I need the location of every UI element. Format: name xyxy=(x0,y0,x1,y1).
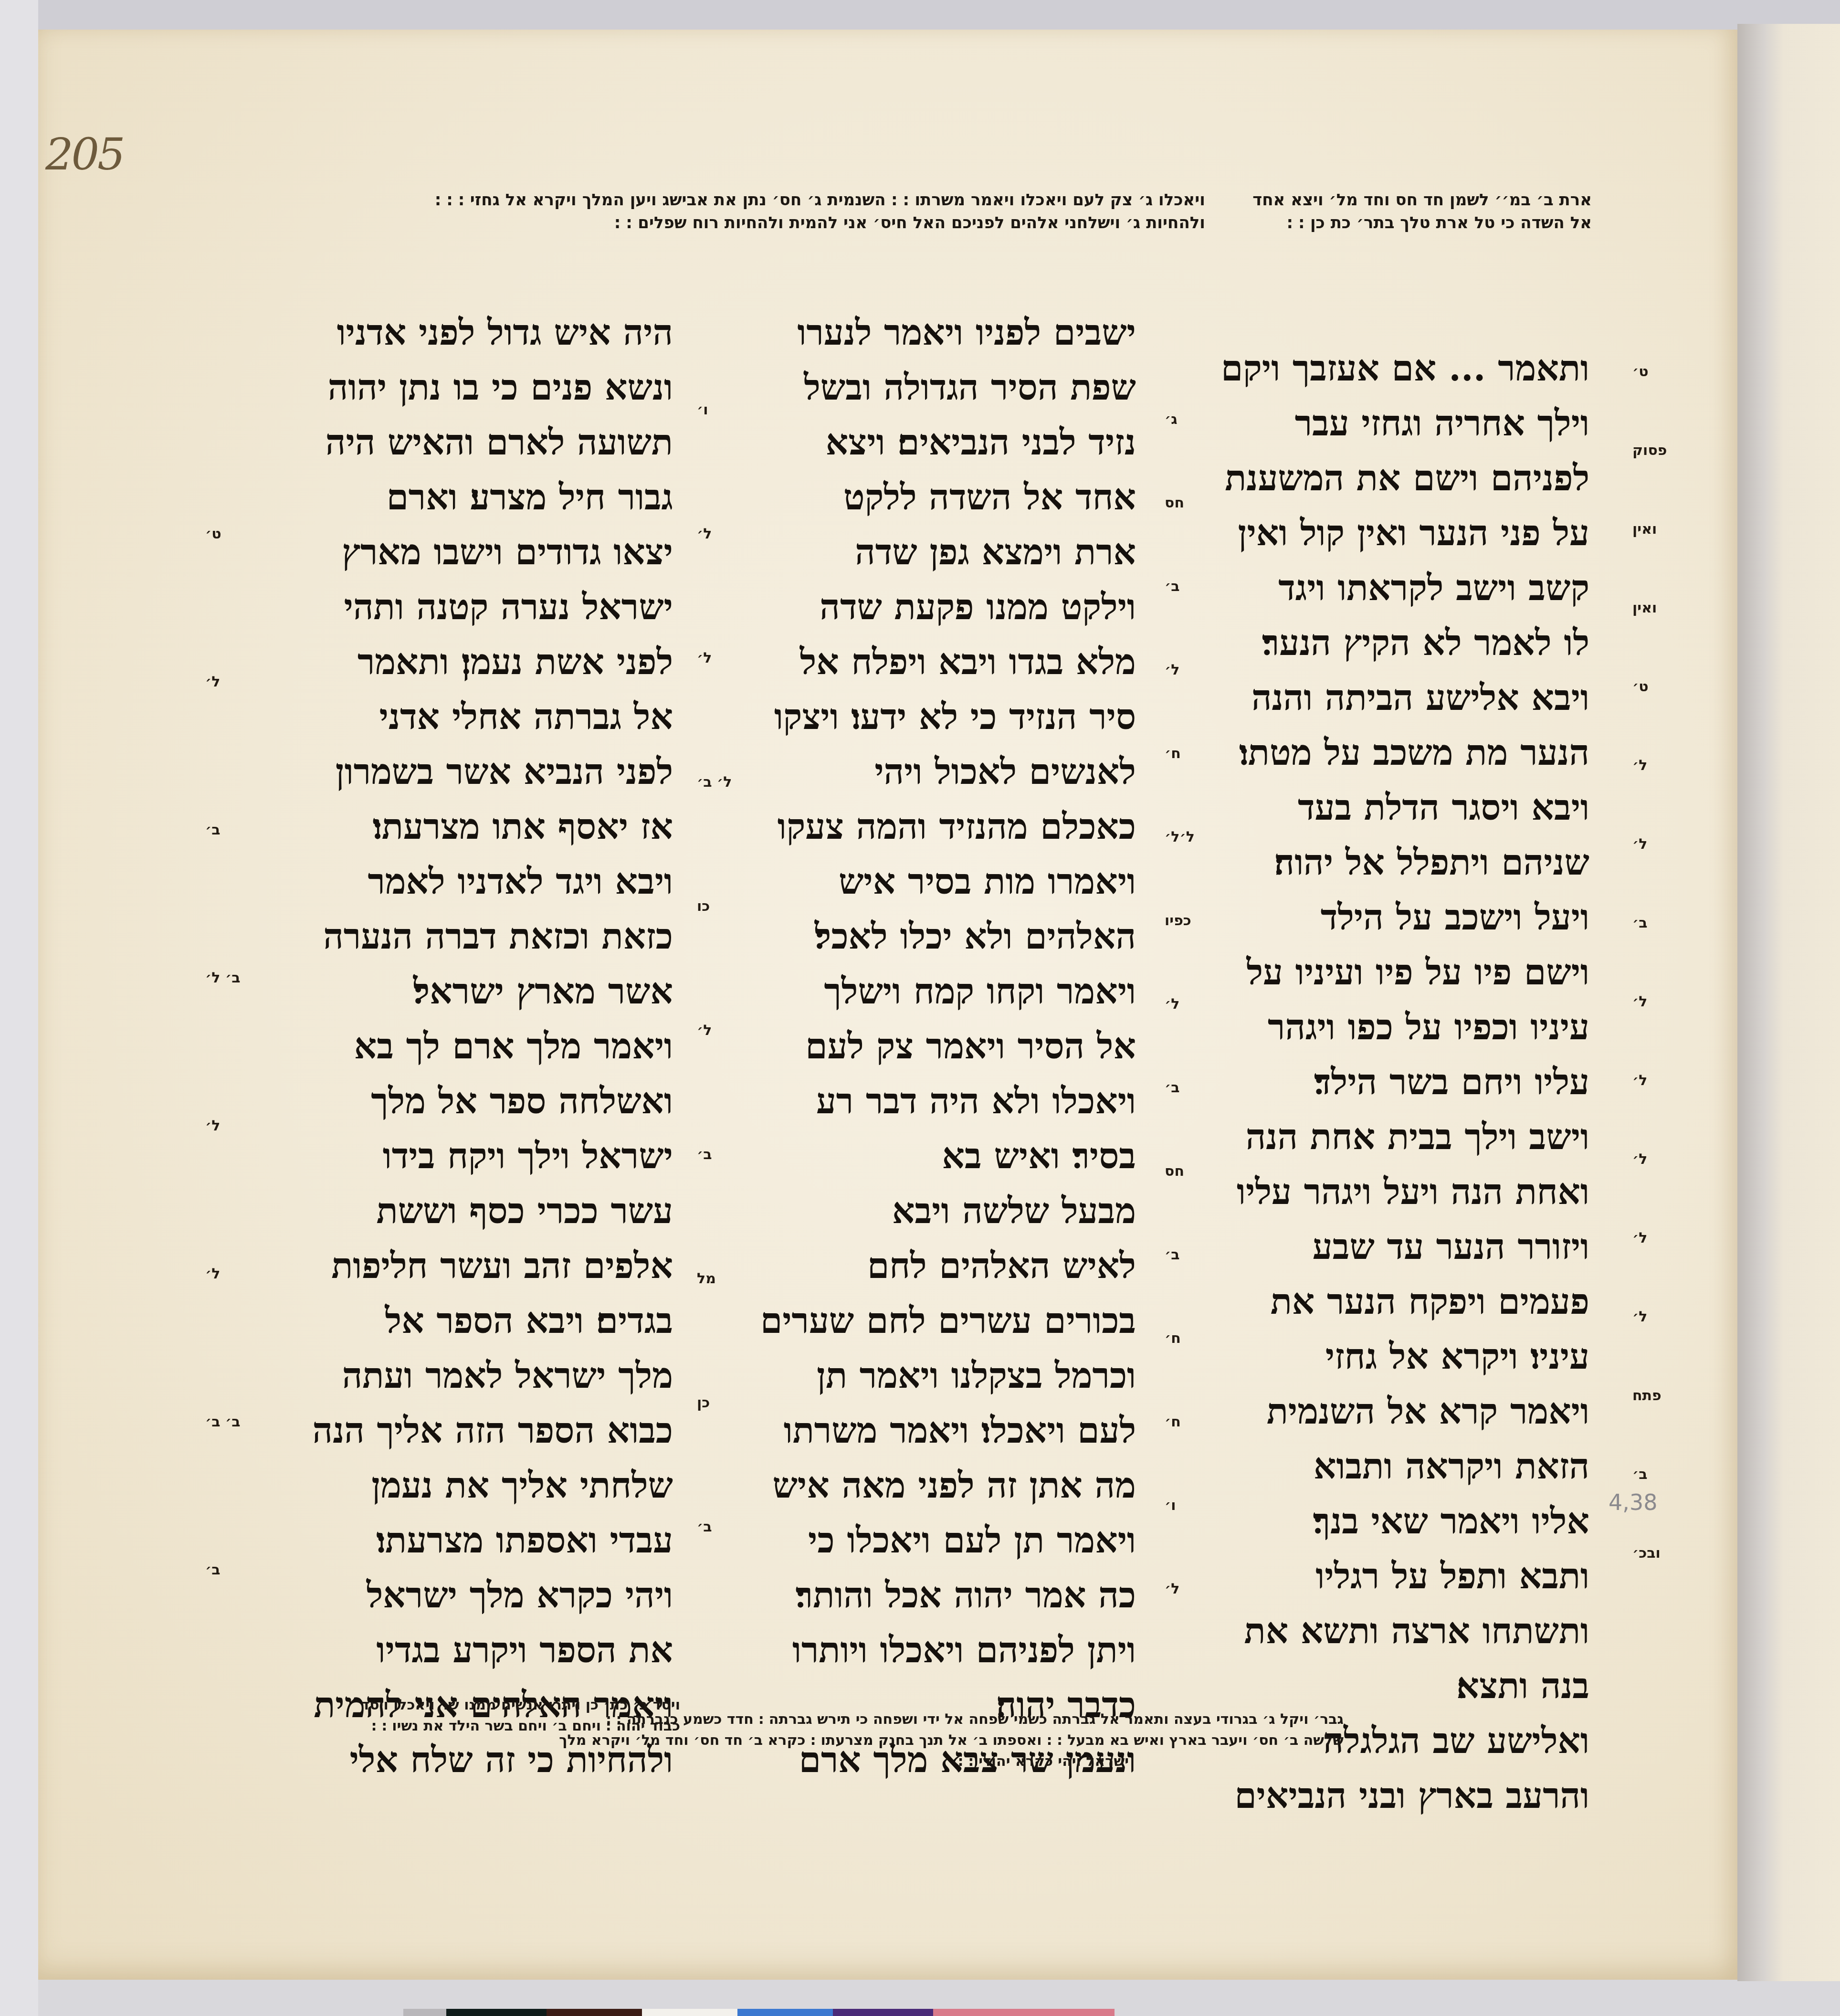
text-line: עשר ככרי כסף וששת xyxy=(291,1184,673,1239)
marginal-note: חס xyxy=(1165,494,1184,512)
pencil-reference-note: 4,38 xyxy=(1609,1489,1657,1515)
marginal-note: ב׳ xyxy=(1632,914,1648,932)
text-line: ישראל נערה קטנה ותהי xyxy=(291,580,673,635)
marginal-note: ל׳ xyxy=(205,1265,220,1283)
text-line: בגדים׃ ויבא הספר אל xyxy=(291,1294,673,1349)
marginal-note: ובכ׳ xyxy=(1632,1544,1661,1562)
marginal-note: ב׳ xyxy=(697,1146,712,1164)
masorah-top-left: ויאכלו ג׳ צק לעם ויאכלו ויאמר משרתו ׃ ׃ … xyxy=(435,189,1205,234)
marginal-note: ב׳ ב׳ xyxy=(205,1413,241,1431)
text-line: שלחתי אליך את נעמן xyxy=(291,1458,673,1513)
text-line: כה אמר יהוה אכל והותר׃ xyxy=(754,1568,1136,1623)
marginal-note: ל׳ xyxy=(697,525,712,543)
text-line: אל גברתה אחלי אדני xyxy=(291,690,673,745)
text-line: ותשתחו ארצה ותשא את xyxy=(1208,1604,1589,1659)
marginal-note: ב׳ xyxy=(1165,578,1180,596)
marginal-note: ל׳ xyxy=(1165,661,1179,679)
text-line: פעמים ויפקח הנער את xyxy=(1208,1275,1589,1330)
marginal-note: ו׳ xyxy=(697,401,708,419)
color-patch xyxy=(547,2009,642,2016)
text-line: אלפים זהב ועשר חליפות xyxy=(291,1239,673,1294)
text-line: האלהים ולא יכלו לאכל׃ xyxy=(754,909,1136,964)
text-line: ויאכלו ולא היה דבר רע xyxy=(754,1074,1136,1129)
color-patch xyxy=(833,2009,933,2016)
marginal-note: ל׳ ב׳ xyxy=(697,773,732,792)
text-line: מלך ישראל לאמר ועתה xyxy=(291,1349,673,1404)
masorah-line: גבר׳ ויקל ג׳ בגרודי בעצה ותאמר אל גברתה … xyxy=(559,1709,1344,1730)
text-column-right: ותאמר ... אם אעזבך ויקםוילך אחריה וגחזי … xyxy=(1208,341,1589,1824)
marginal-note: מל xyxy=(697,1270,716,1288)
photo-backdrop-left xyxy=(0,0,38,2016)
marginal-note: ג׳ xyxy=(1165,411,1178,429)
marginal-note: ב׳ xyxy=(1165,1246,1180,1264)
text-line: עבדי ואספתו מצרעתו׃ xyxy=(291,1513,673,1568)
text-line: על פני הנער ואין קול ואין xyxy=(1208,506,1589,561)
color-patch xyxy=(642,2009,737,2016)
text-line: מה אתן זה לפני מאה איש xyxy=(754,1458,1136,1513)
text-line: עליו ויחם בשר הילד׃ xyxy=(1208,1055,1589,1110)
marginal-note: כפיו xyxy=(1165,912,1191,930)
text-line: לאנשים לאכול ויהי xyxy=(754,745,1136,800)
text-line: בסיר׃ ואיש בא xyxy=(754,1129,1136,1184)
marginal-note: ל׳ xyxy=(697,649,712,667)
masorah-top-right: ארת ב׳ במ׳׳ לשמן חד חס וחד מל׳ ויצא אחד … xyxy=(1252,189,1592,234)
marginal-note: ל׳ל׳ xyxy=(1165,828,1195,846)
marginal-note: ט׳ xyxy=(1632,678,1649,696)
text-line: ויבא ויסגר הדלת בעד xyxy=(1208,781,1589,835)
text-line: הנער מת משכב על מטתו׃ xyxy=(1208,726,1589,781)
marginal-note: ח׳ xyxy=(1165,1330,1181,1348)
text-column-middle: ישבים לפניו ויאמר לנערושפת הסיר הגדולה ו… xyxy=(754,306,1136,1788)
marginal-note: ל׳ xyxy=(1632,1308,1647,1326)
text-line: בנה ותצא׃ xyxy=(1208,1659,1589,1714)
marginal-note: ל׳ xyxy=(1632,1150,1647,1169)
adjacent-page-edge xyxy=(1737,24,1840,1981)
text-line: בכורים עשרים לחם שערים xyxy=(754,1294,1136,1349)
marginal-note: ל׳ xyxy=(205,673,220,691)
marginal-note: ואין xyxy=(1632,520,1657,538)
marginal-note: כן xyxy=(697,1394,710,1412)
marginal-note: ח׳ xyxy=(1165,745,1181,763)
color-patch xyxy=(933,2009,1115,2016)
photo-backdrop-top xyxy=(0,0,1840,33)
marginal-note: ב׳ xyxy=(1632,1466,1648,1484)
marginal-note: ב׳ xyxy=(205,1561,221,1579)
text-line: נזיד לבני הנביאים׃ ויצא xyxy=(754,415,1136,470)
text-line: עיניו׃ ויקרא אל גחזי xyxy=(1208,1330,1589,1384)
marginal-note: ל׳ xyxy=(1632,835,1647,854)
text-line: לפני הנביא אשר בשמרון xyxy=(291,745,673,800)
text-line: ויעל וישכב על הילד xyxy=(1208,890,1589,945)
marginal-note: ב׳ ל׳ xyxy=(205,969,241,987)
masorah-line: אל השדה כי טל ארת טלך בתר׳ כת כן ׃ ׃ xyxy=(1252,211,1592,234)
text-line: שפת הסיר הגדולה ובשל xyxy=(754,360,1136,415)
color-calibration-chart xyxy=(403,2009,1115,2016)
text-line: ויאמר מלך ארם לך בא xyxy=(291,1019,673,1074)
text-line: מלא בגדו ויבא ויפלח אל xyxy=(754,635,1136,690)
marginal-note: ט׳ xyxy=(1632,363,1649,381)
text-line: תשועה לארם והאיש היה xyxy=(291,415,673,470)
text-line: ותבא ותפל על רגליו xyxy=(1208,1549,1589,1604)
text-line: יצאו גדודים וישבו מארץ xyxy=(291,525,673,580)
text-line: גבור חיל מצרע׃ וארם xyxy=(291,470,673,525)
text-line: ארת וימצא גפן שדה xyxy=(754,525,1136,580)
marginal-note: ט׳ xyxy=(205,525,221,543)
text-line: עיניו וכפיו על כפו ויגהר xyxy=(1208,1000,1589,1055)
text-line: אליו ויאמר שאי בנך׃ xyxy=(1208,1494,1589,1549)
text-line: אל הסיר ויאמר צק לעם xyxy=(754,1019,1136,1074)
text-column-left: היה איש גדול לפני אדניוונשא פנים כי בו נ… xyxy=(291,306,673,1788)
folio-number: 205 xyxy=(45,129,124,180)
text-line: ויזורר הנער עד שבע xyxy=(1208,1220,1589,1275)
text-line: לו לאמר לא הקיץ הנער׃ xyxy=(1208,616,1589,671)
marginal-note: ל׳ xyxy=(205,1117,220,1135)
text-line: וישב וילך בבית אחת הנה xyxy=(1208,1110,1589,1165)
text-line: ויהי כקרא מלך ישראל xyxy=(291,1568,673,1623)
marginal-note: ו׳ xyxy=(1165,1497,1176,1515)
masorah-line: ישראל ויהי כקרא יהודי ׃ ׃ xyxy=(559,1751,1344,1772)
text-line: ישבים לפניו ויאמר לנערו xyxy=(754,306,1136,360)
text-line: וישם פיו על פיו ועיניו על xyxy=(1208,945,1589,1000)
text-line: ויבא אלישע הביתה והנה xyxy=(1208,671,1589,726)
masorah-line: ויאכלו ג׳ צק לעם ויאכלו ויאמר משרתו ׃ ׃ … xyxy=(435,189,1205,211)
marginal-note: כו xyxy=(697,897,710,916)
text-line: ויתן לפניהם ויאכלו ויותרו xyxy=(754,1623,1136,1678)
marginal-note: ל׳ xyxy=(1632,757,1647,775)
text-line: ותאמר ... אם אעזבך ויקם xyxy=(1208,341,1589,396)
text-line: וילקט ממנו פקעת שדה xyxy=(754,580,1136,635)
marginal-note: ל׳ xyxy=(1165,1580,1179,1598)
text-line: ישראל וילך ויקח בידו xyxy=(291,1129,673,1184)
text-line: כבוא הספר הזה אליך הנה xyxy=(291,1404,673,1458)
text-line: לפניהם וישם את המשענת xyxy=(1208,451,1589,506)
marginal-note: ל׳ xyxy=(1632,993,1647,1011)
marginal-note: ל׳ xyxy=(1165,995,1179,1013)
text-line: ואשלחה ספר אל מלך xyxy=(291,1074,673,1129)
text-line: ויבא ויגד לאדניו לאמר xyxy=(291,855,673,909)
text-line: ויאמר וקחו קמח וישלך xyxy=(754,964,1136,1019)
marginal-note: ב׳ xyxy=(697,1518,712,1536)
marginal-note: ל׳ xyxy=(697,1022,712,1040)
text-line: והרעב בארץ ובני הנביאים xyxy=(1208,1769,1589,1824)
text-line: וילך אחריה וגחזי עבר xyxy=(1208,396,1589,451)
color-patch xyxy=(403,2009,446,2016)
text-line: כזאת וכזאת דברה הנערה xyxy=(291,909,673,964)
text-line: היה איש גדול לפני אדניו xyxy=(291,306,673,360)
marginal-note: ואין xyxy=(1632,599,1657,617)
text-line: סיר הנזיד כי לא ידעו׃ ויצקו xyxy=(754,690,1136,745)
color-patch xyxy=(446,2009,547,2016)
text-line: לפני אשת נעמן׃ ותאמר xyxy=(291,635,673,690)
text-line: ואחת הנה ויעל ויגהר עליו xyxy=(1208,1165,1589,1220)
text-line: כאכלם מהנזיד והמה צעקו xyxy=(754,800,1136,855)
text-line: לאיש האלהים לחם xyxy=(754,1239,1136,1294)
text-line: אשר מארץ ישראל׃ xyxy=(291,964,673,1019)
text-line: הזאת ויקראה ותבוא xyxy=(1208,1439,1589,1494)
text-line: אחד אל השדה ללקט xyxy=(754,470,1136,525)
text-line: אז יאסף אתו מצרעתו׃ xyxy=(291,800,673,855)
text-line: ונשא פנים כי בו נתן יהוה xyxy=(291,360,673,415)
text-line: שניהם ויתפלל אל יהוה׃ xyxy=(1208,835,1589,890)
masorah-line: ולהחיות ג׳ וישלחני אלהים לפניכם האל חיס׳… xyxy=(435,211,1205,234)
marginal-note: פסוק xyxy=(1632,442,1667,460)
masorah-bottom-right: גבר׳ ויקל ג׳ בגרודי בעצה ותאמר אל גברתה … xyxy=(559,1709,1344,1772)
marginal-note: ח׳ xyxy=(1165,1413,1181,1431)
masorah-line: שלשה ב׳ חס׳ ויעבר בארץ ואיש בא מבעל ׃ ׃ … xyxy=(559,1730,1344,1751)
text-line: ויאמר תן לעם ויאכלו כי xyxy=(754,1513,1136,1568)
masorah-line: ארת ב׳ במ׳׳ לשמן חד חס וחד מל׳ ויצא אחד xyxy=(1252,189,1592,211)
marginal-note: ב׳ xyxy=(205,821,221,839)
marginal-note: ל׳ xyxy=(1632,1229,1647,1247)
text-line: קשב וישב לקראתו ויגד xyxy=(1208,561,1589,616)
color-patch xyxy=(737,2009,833,2016)
marginal-note: חס xyxy=(1165,1162,1184,1181)
marginal-note: ב׳ xyxy=(1165,1079,1180,1097)
text-line: ויאמר קרא אל השנמית xyxy=(1208,1384,1589,1439)
text-line: וכרמל בצקלנו ויאמר תן xyxy=(754,1349,1136,1404)
text-line: את הספר ויקרע בגדיו xyxy=(291,1623,673,1678)
text-line: ויאמרו מות בסיר איש xyxy=(754,855,1136,909)
marginal-note: ל׳ xyxy=(1632,1072,1647,1090)
text-line: לעם ויאכלו׃ ויאמר משרתו xyxy=(754,1404,1136,1458)
marginal-note: פתח xyxy=(1632,1387,1661,1405)
text-line: מבעל שלשה ויבא xyxy=(754,1184,1136,1239)
